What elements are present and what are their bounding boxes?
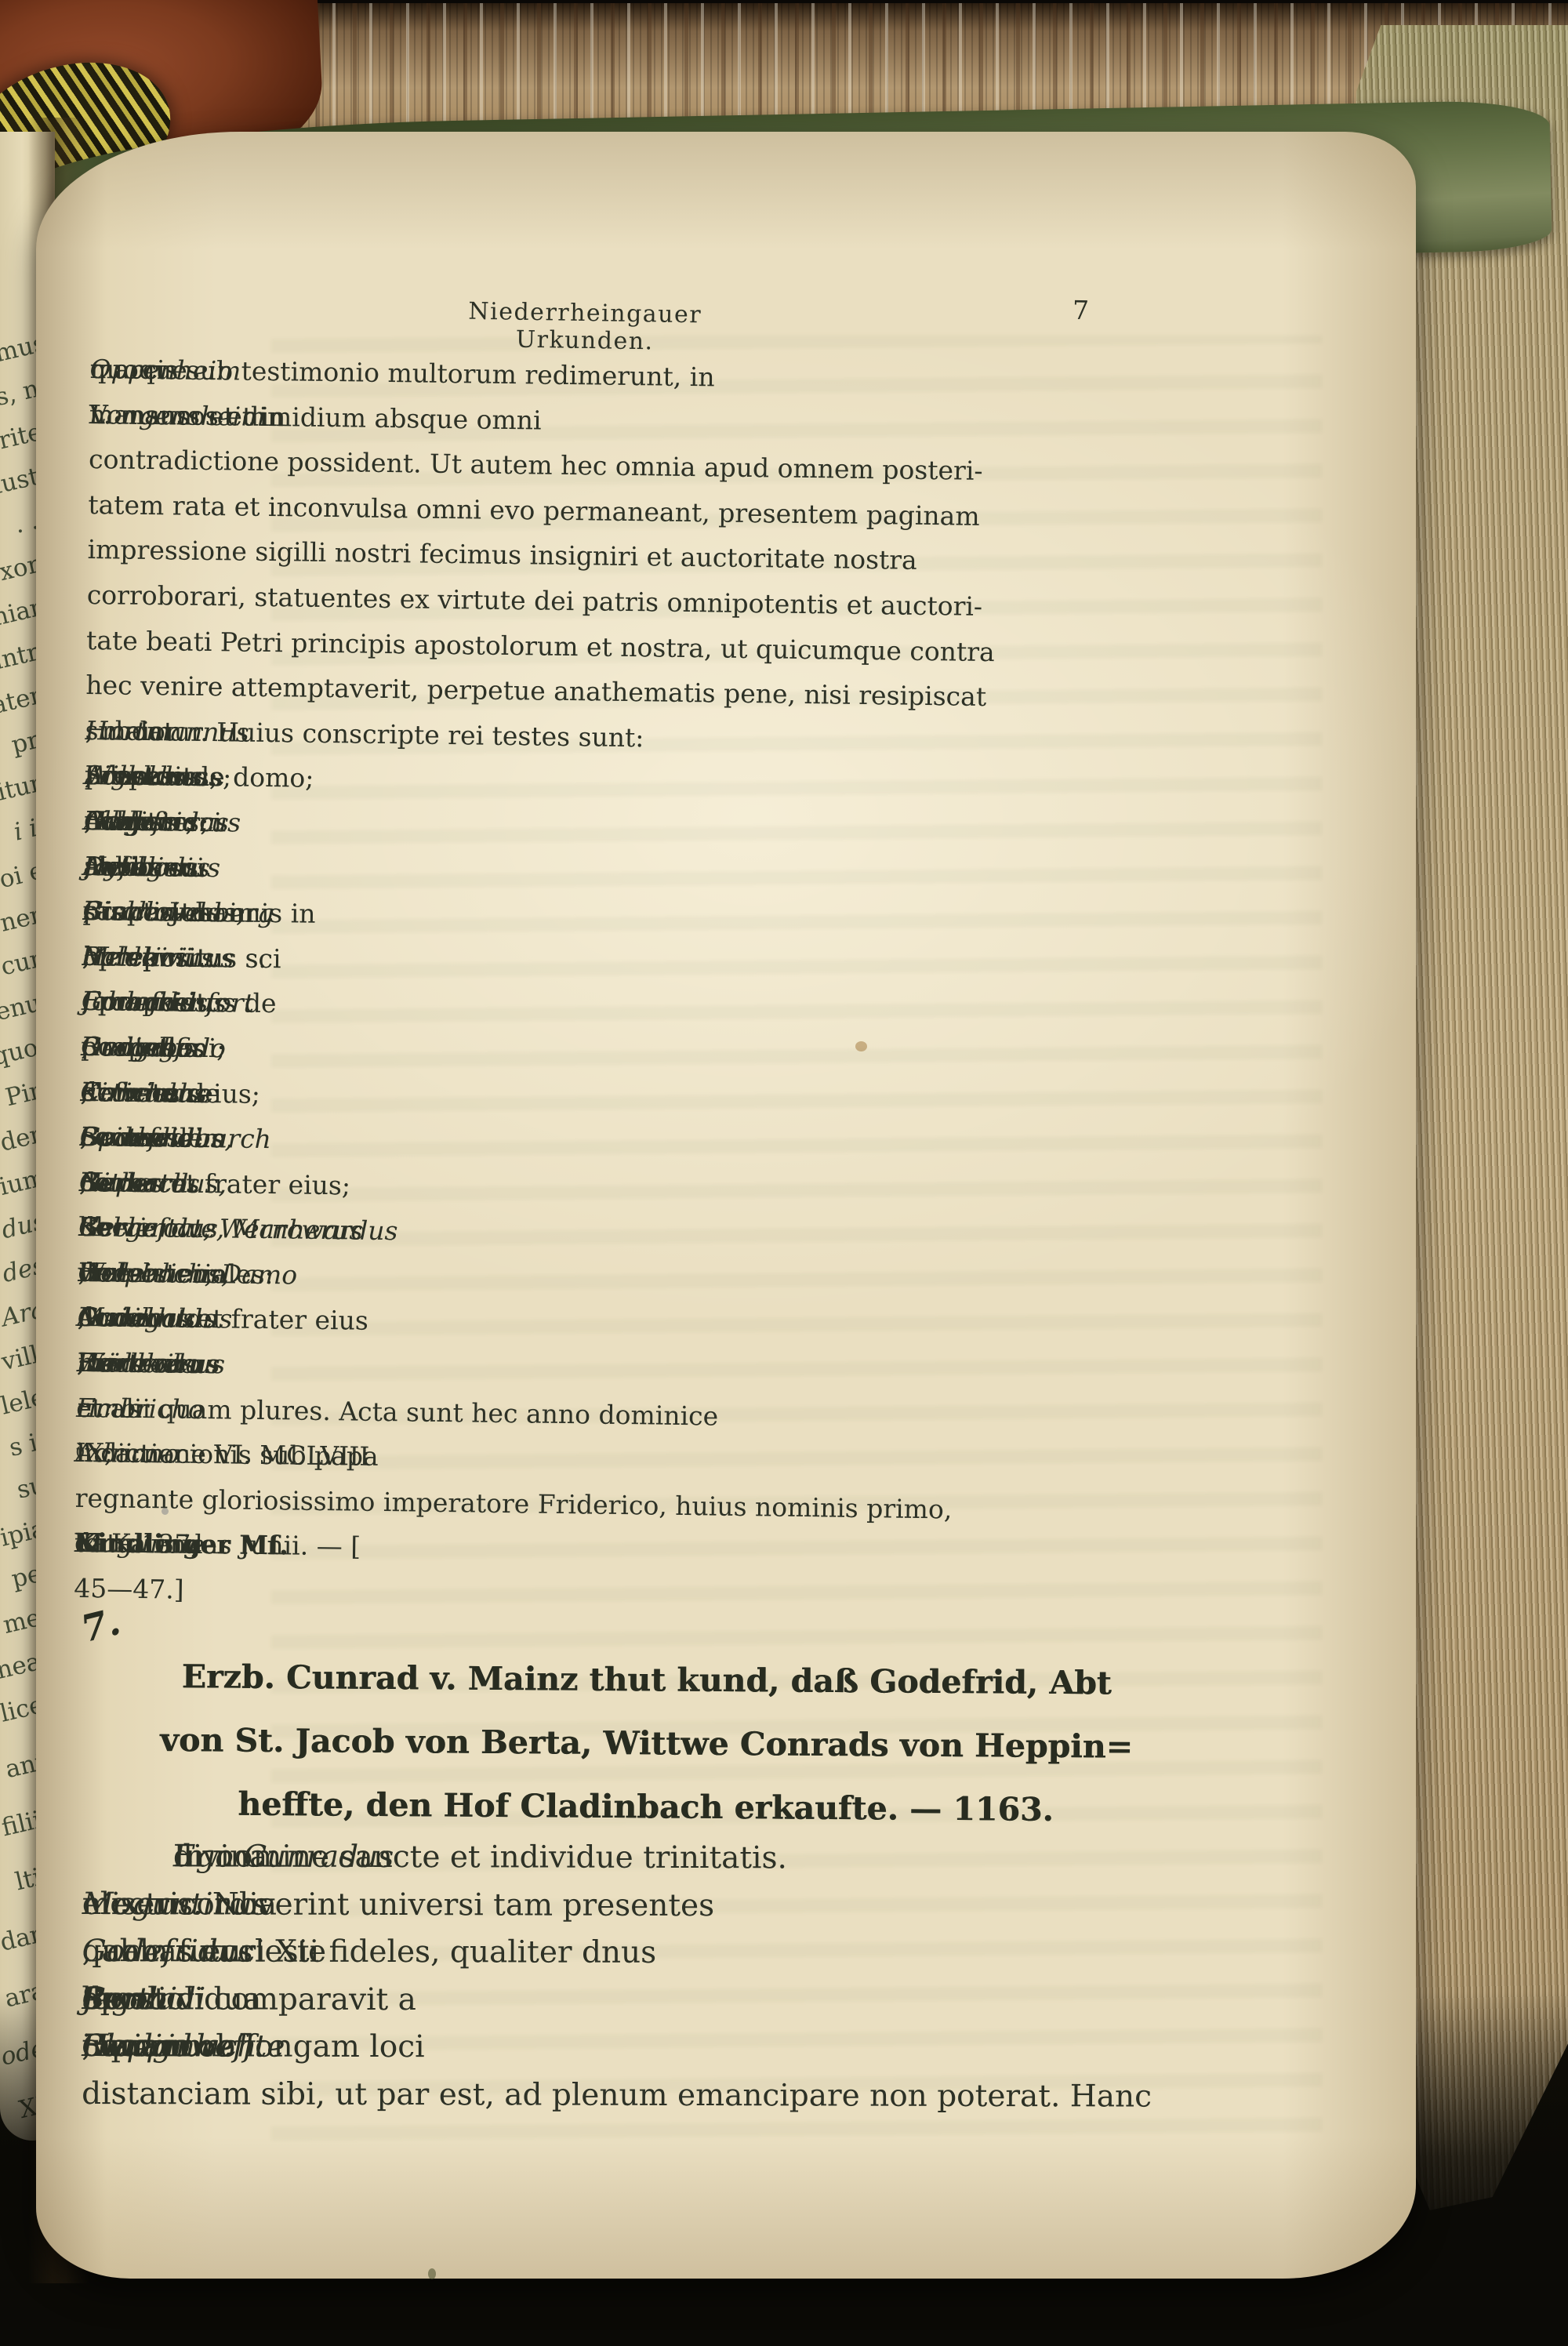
running-head: Niederrheingauer Urkunden.: [403, 296, 766, 357]
text-line: quam futuri Xti fideles, qualiter dnus G…: [82, 1928, 1325, 1979]
heading-line: heffte, den Hof Cladinbach erkaufte. — 1…: [159, 1772, 1132, 1843]
entry-7-heading: Erzb. Cunrad v. Mainz thut kund, daß God…: [159, 1645, 1133, 1843]
text-line: distanciam sibi, ut par est, ad plenum e…: [82, 2070, 1324, 2121]
charter-text-paragraph-2: In nomine sancte et individue trinitatis…: [82, 1833, 1325, 2121]
text-line: S. Jacobi apostoli comparavit a Berta le…: [82, 1975, 1324, 2026]
heading-line: Erzb. Cunrad v. Mainz thut kund, daß God…: [160, 1645, 1133, 1716]
text-line: In nomine sancte et individue trinitatis…: [82, 1833, 1325, 1884]
heading-line: von St. Jacob von Berta, Wittwe Conrads …: [160, 1709, 1133, 1779]
text-line: misericordia Moguntinus electus. Noverin…: [82, 1880, 1325, 1931]
text-line: Heppinheffte curiam Cladinbach in Rinego…: [82, 2023, 1324, 2074]
charter-text-paragraph-1: marcis sub testimonio multorum redimerun…: [74, 347, 1121, 1625]
book-photo: mus,s, neriteriuste. . .xoreniamintraate…: [0, 0, 1568, 2346]
page-number: 7: [1073, 295, 1090, 325]
paper-stain: [428, 2268, 436, 2279]
